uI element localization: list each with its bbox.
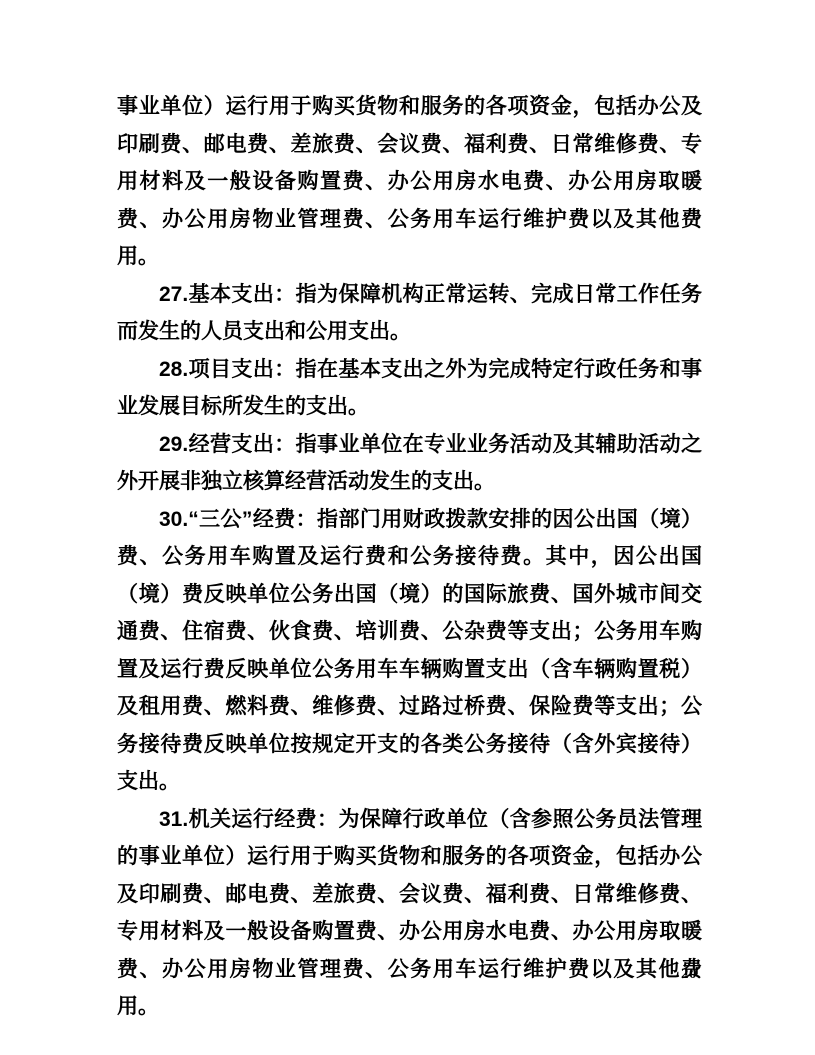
document-page: 事业单位）运行用于购买货物和服务的各项资金，包括办公及印刷费、邮电费、差旅费、会… [0,0,815,1055]
page-number: 20 [681,966,697,983]
text-block: 事业单位）运行用于购买货物和服务的各项资金，包括办公及印刷费、邮电费、差旅费、会… [117,88,702,1026]
paragraph-item-31-agency-operating-funds: 31.机关运行经费：为保障行政单位（含参照公务员法管理的事业单位）运行用于购买货… [117,801,702,1026]
paragraph-item-28-project-expenditure: 28.项目支出：指在基本支出之外为完成特定行政任务和事业发展目标所发生的支出。 [117,351,702,426]
paragraph-item-30-three-public-funds: 30.“三公”经费：指部门用财政拨款安排的因公出国（境）费、公务用车购置及运行费… [117,501,702,801]
paragraph-continuation: 事业单位）运行用于购买货物和服务的各项资金，包括办公及印刷费、邮电费、差旅费、会… [117,88,702,276]
paragraph-item-27-basic-expenditure: 27.基本支出：指为保障机构正常运转、完成日常工作任务而发生的人员支出和公用支出… [117,276,702,351]
paragraph-item-29-operating-expenditure: 29.经营支出：指事业单位在专业业务活动及其辅助活动之外开展非独立核算经营活动发… [117,426,702,501]
